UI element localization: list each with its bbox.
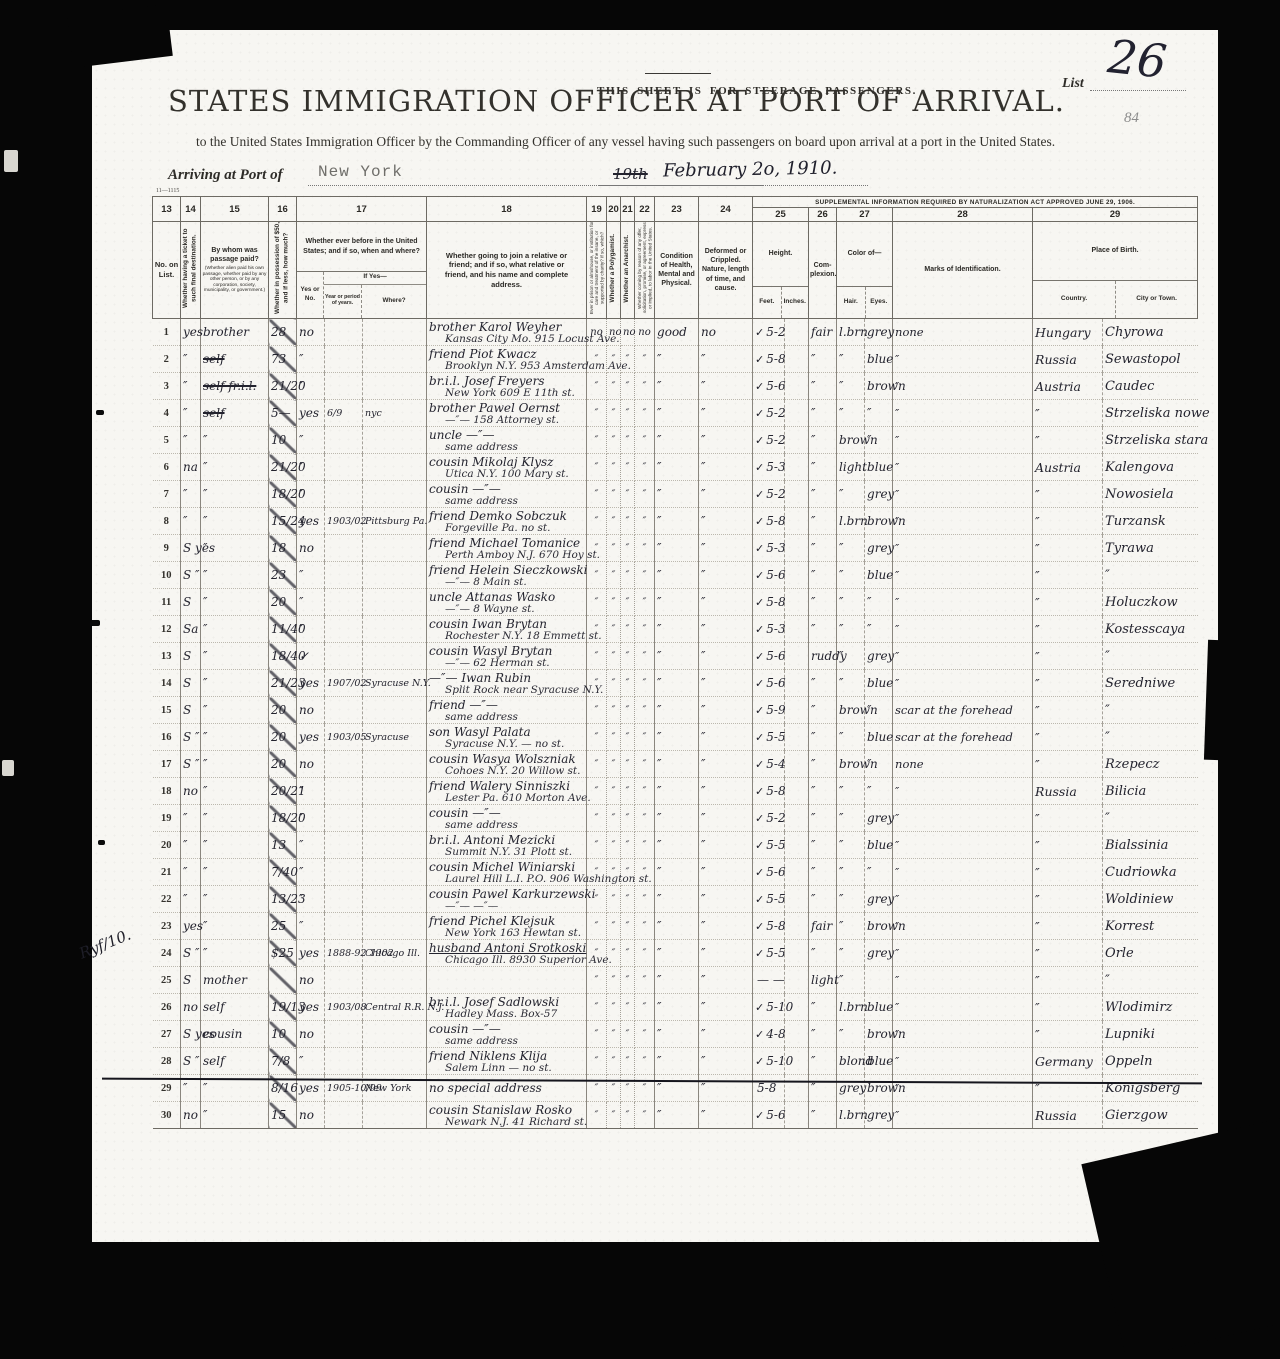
header-eyes: Eyes.	[865, 287, 893, 318]
cell-relative-friend: brother Pawel Oernst—″— 158 Attorney st.	[427, 400, 587, 427]
cell-relative-friend: cousin Wasya WolszniakCohoes N.Y. 20 Wil…	[427, 751, 587, 778]
cell-prev-year: 1903/05	[325, 724, 363, 751]
header-prev-year: Year or period of years.	[324, 285, 362, 318]
address-line: Newark N.J. 41 Richard st.	[429, 1117, 584, 1128]
cell-prison: ″	[587, 940, 607, 967]
relative-line: friend Pichel Klejsuk	[429, 915, 584, 928]
cell-country: ″	[1033, 562, 1103, 589]
cell-marks: ″	[893, 643, 1033, 670]
cell-health: ″	[655, 886, 699, 913]
table-row: 25Smotherno″″″″″″— —light″″″″	[153, 967, 1198, 994]
cell-ticket: S ″	[181, 940, 201, 967]
cell-passage-paid: brother	[201, 319, 269, 346]
check-mark: ✓	[755, 623, 764, 636]
cell-relative-friend: friend Pichel KlejsukNew York 163 Hewtan…	[427, 913, 587, 940]
cell-passage-paid: self	[201, 346, 269, 373]
cell-prev-where	[363, 481, 427, 508]
address-line: Syracuse N.Y. — no st.	[429, 739, 584, 750]
cell-health: ″	[655, 724, 699, 751]
cell-eyes: blue	[865, 454, 893, 481]
col-num-14: 14	[181, 197, 201, 222]
cell-height-inches	[785, 562, 809, 589]
cell-passage-paid: mother	[201, 967, 269, 994]
cell-deformed: ″	[699, 1021, 753, 1048]
cell-height-feet: ✓5-8	[753, 778, 785, 805]
table-row: 12Sa″11/40″cousin Iwan BrytanRochester N…	[153, 616, 1198, 643]
cell-deformed: ″	[699, 859, 753, 886]
cell-complexion: fair	[809, 319, 837, 346]
cell-marks: scar at the forehead	[893, 697, 1033, 724]
col-num-19: 19	[587, 197, 607, 222]
cell-complexion: ″	[809, 724, 837, 751]
header-labor: Whether coming by reason of any offer, s…	[635, 222, 655, 319]
cell-anarchist: ″	[621, 373, 635, 400]
cell-ticket: ″	[181, 346, 201, 373]
cell-height-inches	[785, 589, 809, 616]
cell-deformed: ″	[699, 427, 753, 454]
cell-number: 14	[153, 670, 181, 697]
cell-prev-year	[325, 427, 363, 454]
cell-prev-where	[363, 589, 427, 616]
cell-health: ″	[655, 589, 699, 616]
cell-ticket: S ″	[181, 562, 201, 589]
cell-prev-year	[325, 832, 363, 859]
cell-ticket: na	[181, 454, 201, 481]
cell-complexion: ″	[809, 562, 837, 589]
header-prev-where: Where?	[362, 285, 426, 318]
cell-hair: ″	[837, 670, 865, 697]
cell-labor: ″	[635, 778, 655, 805]
cell-country: ″	[1033, 589, 1103, 616]
cell-prev-year: 1903/02	[325, 508, 363, 535]
cell-ticket: yes	[181, 319, 201, 346]
table-row: 26noself19/13yes1903/08Central R.R. N.J.…	[153, 994, 1198, 1021]
table-row: 18no″20/21″friend Walery SinniszkiLester…	[153, 778, 1198, 805]
cell-marks: ″	[893, 994, 1033, 1021]
cell-prev-year: 1888-92 1902	[325, 940, 363, 967]
cell-prev-where	[363, 319, 427, 346]
cell-city: ″	[1103, 967, 1198, 994]
cell-labor: ″	[635, 1048, 655, 1075]
cell-marks: ″	[893, 427, 1033, 454]
cell-prev-where: nyc	[363, 400, 427, 427]
cell-prison: ″	[587, 562, 607, 589]
cell-height-inches	[785, 940, 809, 967]
cell-height-feet: ✓5-2	[753, 319, 785, 346]
cell-money: 10	[269, 427, 297, 454]
check-mark: ✓	[755, 434, 764, 447]
relative-line: —″— Iwan Rubin	[429, 672, 584, 685]
cell-number: 12	[153, 616, 181, 643]
cell-marks: ″	[893, 400, 1033, 427]
relative-line: cousin Wasyl Brytan	[429, 645, 584, 658]
cell-prev-yesno: ″	[297, 886, 325, 913]
cell-height-inches	[785, 1102, 809, 1129]
address-line: —″— —″—	[429, 901, 584, 912]
cell-deformed: ″	[699, 913, 753, 940]
cell-city: ″	[1103, 562, 1198, 589]
cell-prev-year	[325, 913, 363, 940]
header-height: Height. Feet. Inches.	[753, 222, 809, 319]
cell-labor: ″	[635, 1102, 655, 1129]
cell-eyes: ″	[865, 427, 893, 454]
col-num-25: 25	[753, 208, 809, 222]
col-num-16: 16	[269, 197, 297, 222]
cell-country: ″	[1033, 751, 1103, 778]
cell-ticket: S ″	[181, 724, 201, 751]
cell-anarchist: ″	[621, 1021, 635, 1048]
cell-prev-year	[325, 481, 363, 508]
cell-polygamist: ″	[607, 535, 621, 562]
address-line: same address	[429, 820, 584, 831]
cell-number: 30	[153, 1102, 181, 1129]
cell-passage-paid: ″	[201, 832, 269, 859]
cell-anarchist: ″	[621, 562, 635, 589]
cell-prev-where	[363, 427, 427, 454]
scan-speck	[2, 760, 14, 776]
cell-prev-where	[363, 859, 427, 886]
address-line: Cohoes N.Y. 20 Willow st.	[429, 766, 584, 777]
cell-complexion: ″	[809, 940, 837, 967]
cell-country: Russia	[1033, 778, 1103, 805]
cell-polygamist: ″	[607, 589, 621, 616]
cell-height-feet: ✓5-10	[753, 994, 785, 1021]
cell-deformed: ″	[699, 1102, 753, 1129]
cell-prev-year: 1903/08	[325, 994, 363, 1021]
cell-height-feet: ✓5-8	[753, 508, 785, 535]
cell-prev-where	[363, 805, 427, 832]
cell-height-inches	[785, 427, 809, 454]
table-row: 1yesbrother28nobrother Karol WeyherKansa…	[153, 319, 1198, 346]
cell-complexion: ″	[809, 697, 837, 724]
cell-country: Germany	[1033, 1048, 1103, 1075]
address-line: Hadley Mass. Box-57	[429, 1009, 584, 1020]
cell-complexion: ″	[809, 994, 837, 1021]
cell-ticket: ″	[181, 481, 201, 508]
table-row: 4″self5—yes6/9nycbrother Pawel Oernst—″—…	[153, 400, 1198, 427]
cell-hair: ″	[837, 373, 865, 400]
cell-passage-paid: ″	[201, 562, 269, 589]
cell-passage-paid: ″	[201, 508, 269, 535]
page-subtitle: to the United States Immigration Officer…	[196, 134, 1156, 150]
table-row: 28S ″self7/8″friend Niklens KlijaSalem L…	[153, 1048, 1198, 1075]
cell-eyes: ″	[865, 616, 893, 643]
cell-polygamist: ″	[607, 913, 621, 940]
cell-prev-year	[325, 562, 363, 589]
header-country: Country.	[1033, 281, 1115, 318]
cell-height-feet: ✓5-5	[753, 940, 785, 967]
cell-ticket: ″	[181, 400, 201, 427]
address-line: Salem Linn — no st.	[429, 1063, 584, 1074]
cell-height-inches	[785, 454, 809, 481]
header-prev-us-label: Whether ever before in the United States…	[297, 223, 426, 272]
cell-prev-year	[325, 535, 363, 562]
cell-eyes: brown	[865, 373, 893, 400]
cell-passage-paid: ″	[201, 589, 269, 616]
cell-prison: ″	[587, 589, 607, 616]
cell-labor: ″	[635, 1075, 655, 1102]
cell-city: ″	[1103, 643, 1198, 670]
cell-country: ″	[1033, 994, 1103, 1021]
cell-health: ″	[655, 400, 699, 427]
cell-country: ″	[1033, 697, 1103, 724]
cell-number: 28	[153, 1048, 181, 1075]
table-row: 3″self fr.i.l.21/20″br.i.l. Josef Freyer…	[153, 373, 1198, 400]
header-marks: Marks of Identification.	[893, 222, 1033, 319]
cell-money: 20	[269, 697, 297, 724]
cell-height-feet: ✓5-6	[753, 670, 785, 697]
cell-number: 24	[153, 940, 181, 967]
cell-complexion: ruddy	[809, 643, 837, 670]
cell-polygamist: ″	[607, 616, 621, 643]
address-line: Perth Amboy N.J. 670 Hoy st.	[429, 550, 584, 561]
cell-prison: ″	[587, 1102, 607, 1129]
cell-health: ″	[655, 508, 699, 535]
cell-prev-yesno: no	[297, 1021, 325, 1048]
cell-prev-yesno: no	[297, 535, 325, 562]
cell-hair: l.brn	[837, 994, 865, 1021]
cell-city: Seredniwe	[1103, 670, 1198, 697]
cell-height-inches	[785, 1075, 809, 1102]
cell-marks: ″	[893, 616, 1033, 643]
relative-line: cousin Iwan Brytan	[429, 618, 584, 631]
cell-deformed: ″	[699, 751, 753, 778]
cell-complexion: ″	[809, 508, 837, 535]
cell-anarchist: ″	[621, 724, 635, 751]
cell-marks: ″	[893, 940, 1033, 967]
cell-health: ″	[655, 697, 699, 724]
cell-marks: ″	[893, 886, 1033, 913]
cell-passage-paid: ″	[201, 481, 269, 508]
cell-country: Russia	[1033, 346, 1103, 373]
cell-prev-yesno: no	[297, 751, 325, 778]
cell-relative-friend: br.i.l. Josef SadlowskiHadley Mass. Box-…	[427, 994, 587, 1021]
cell-relative-friend: cousin Stanislaw RoskoNewark N.J. 41 Ric…	[427, 1102, 587, 1129]
cell-prev-yesno: yes	[297, 724, 325, 751]
cell-ticket: ″	[181, 427, 201, 454]
cell-prev-where: Central R.R. N.J.	[363, 994, 427, 1021]
cell-prison: ″	[587, 670, 607, 697]
cell-money: 7/40	[269, 859, 297, 886]
cell-passage-paid: ″	[201, 724, 269, 751]
cell-money: 15	[269, 1102, 297, 1129]
col-num-29: 29	[1033, 208, 1198, 222]
cell-prev-yesno: no	[297, 697, 325, 724]
cell-health: ″	[655, 967, 699, 994]
address-line: Forgeville Pa. no st.	[429, 523, 584, 534]
cell-eyes: grey	[865, 535, 893, 562]
cell-height-inches	[785, 832, 809, 859]
check-mark: ✓	[755, 353, 764, 366]
cell-money: 20	[269, 724, 297, 751]
header-color-of-label: Color of—	[837, 223, 892, 286]
cell-prison: no	[587, 319, 607, 346]
cell-deformed: ″	[699, 1075, 753, 1102]
cell-prev-where: Chicago Ill.	[363, 940, 427, 967]
cell-eyes: grey	[865, 481, 893, 508]
relative-line: cousin —″—	[429, 483, 584, 496]
cell-passage-paid: self	[201, 994, 269, 1021]
header-complexion: Com- plexion.	[809, 222, 837, 319]
cell-money: 10	[269, 1021, 297, 1048]
cell-city: ″	[1103, 724, 1198, 751]
cell-city: Königsberg	[1103, 1075, 1198, 1102]
cell-relative-friend: cousin —″—same address	[427, 805, 587, 832]
table-row: 14S″21/23yes1907/02Syracuse N.Y.—″— Iwan…	[153, 670, 1198, 697]
cell-marks: none	[893, 751, 1033, 778]
cell-marks: ″	[893, 670, 1033, 697]
cell-prev-yesno: ″	[297, 1048, 325, 1075]
cell-prev-year	[325, 346, 363, 373]
cell-polygamist: ″	[607, 643, 621, 670]
cell-prison: ″	[587, 724, 607, 751]
cell-deformed: no	[699, 319, 753, 346]
check-mark: ✓	[755, 596, 764, 609]
cell-anarchist: ″	[621, 751, 635, 778]
cell-prev-where	[363, 967, 427, 994]
address-line: New York 609 E 11th st.	[429, 388, 584, 399]
cell-prev-where	[363, 751, 427, 778]
cell-prev-yesno: ″	[297, 778, 325, 805]
cell-complexion: ″	[809, 1048, 837, 1075]
cell-money: 28	[269, 319, 297, 346]
relative-line: friend Piot Kwacz	[429, 348, 584, 361]
cell-city: Wlodimirz	[1103, 994, 1198, 1021]
cell-hair: ″	[837, 616, 865, 643]
cell-prev-where	[363, 697, 427, 724]
cell-health: ″	[655, 1075, 699, 1102]
header-prev-us: Whether ever before in the United States…	[297, 222, 427, 319]
date-handwritten: February 2o, 1910.	[663, 157, 838, 181]
cell-ticket: S yes	[181, 535, 201, 562]
relative-line: no special address	[429, 1082, 584, 1095]
cell-eyes: blue	[865, 724, 893, 751]
cell-anarchist: ″	[621, 508, 635, 535]
cell-hair: brown	[837, 697, 865, 724]
cell-number: 22	[153, 886, 181, 913]
cell-relative-friend: cousin Iwan BrytanRochester N.Y. 18 Emme…	[427, 616, 587, 643]
cell-city: Sewastopol	[1103, 346, 1198, 373]
cell-number: 8	[153, 508, 181, 535]
cell-labor: ″	[635, 346, 655, 373]
cell-labor: ″	[635, 400, 655, 427]
column-number-row: 13 14 15 16 17 18 19 20 21 22 23 24 SUPP…	[153, 197, 1198, 208]
relative-line: cousin —″—	[429, 1023, 584, 1036]
cell-ticket: S	[181, 697, 201, 724]
cell-country: Russia	[1033, 1102, 1103, 1129]
cell-labor: ″	[635, 508, 655, 535]
cell-deformed: ″	[699, 805, 753, 832]
cell-height-inches	[785, 1021, 809, 1048]
cell-number: 23	[153, 913, 181, 940]
table-row: 6na″21/20″cousin Mikolaj KlyszUtica N.Y.…	[153, 454, 1198, 481]
cell-height-feet: ✓5-5	[753, 832, 785, 859]
cell-eyes: blue	[865, 346, 893, 373]
cell-prev-where: Syracuse	[363, 724, 427, 751]
relative-line: uncle —″—	[429, 429, 584, 442]
cell-prison: ″	[587, 913, 607, 940]
cell-labor: ″	[635, 535, 655, 562]
cell-height-inches	[785, 481, 809, 508]
header-ticket: Whether having a ticket to such final de…	[181, 222, 201, 319]
cell-prison: ″	[587, 832, 607, 859]
cell-anarchist: no	[621, 319, 635, 346]
cell-prev-yesno: yes	[297, 940, 325, 967]
cell-prison: ″	[587, 508, 607, 535]
cell-prison: ″	[587, 751, 607, 778]
table-row: 7″″18/20″cousin —″—same address″″″″″″✓5-…	[153, 481, 1198, 508]
cell-city: Bialssinia	[1103, 832, 1198, 859]
cell-passage-paid: self fr.i.l.	[201, 373, 269, 400]
cell-polygamist: ″	[607, 967, 621, 994]
cell-health: good	[655, 319, 699, 346]
cell-labor: ″	[635, 616, 655, 643]
cell-marks: ″	[893, 1021, 1033, 1048]
cell-hair: l.brn	[837, 319, 865, 346]
address-line: Brooklyn N.Y. 953 Amsterdam Ave.	[429, 361, 584, 372]
cell-money: 20	[269, 751, 297, 778]
cell-money: 20	[269, 589, 297, 616]
cell-labor: ″	[635, 994, 655, 1021]
table-row: 27S yescousin10nocousin —″—same address″…	[153, 1021, 1198, 1048]
cell-number: 21	[153, 859, 181, 886]
cell-passage-paid: self	[201, 400, 269, 427]
margin-scribble: Ryf/10.	[77, 926, 134, 963]
check-mark: ✓	[755, 650, 764, 663]
cell-health: ″	[655, 643, 699, 670]
cell-ticket: S	[181, 589, 201, 616]
cell-complexion: ″	[809, 670, 837, 697]
cell-deformed: ″	[699, 778, 753, 805]
cell-height-feet: — —	[753, 967, 785, 994]
col-num-17: 17	[297, 197, 427, 222]
cell-prev-year	[325, 697, 363, 724]
check-mark: ✓	[755, 839, 764, 852]
cell-eyes: brown	[865, 1075, 893, 1102]
header-birthplace: Place of Birth. Country. City or Town.	[1033, 222, 1198, 319]
cell-height-feet: ✓5-5	[753, 724, 785, 751]
header-prev-yesno: Yes or No.	[297, 272, 324, 318]
cell-anarchist: ″	[621, 454, 635, 481]
cell-anarchist: ″	[621, 400, 635, 427]
table-row: 10S ″″23″friend Helein Sieczkowski—″— 8 …	[153, 562, 1198, 589]
cell-prev-where	[363, 1102, 427, 1129]
cell-eyes: brown	[865, 508, 893, 535]
header-passage-paid-fine: (Whether alien paid his own passage, whe…	[202, 266, 267, 294]
cell-relative-friend: cousin Michel WiniarskiLaurel Hill L.I. …	[427, 859, 587, 886]
relative-line: friend Niklens Klija	[429, 1050, 584, 1063]
cell-eyes: ″	[865, 589, 893, 616]
cell-hair: ″	[837, 913, 865, 940]
cell-polygamist: ″	[607, 751, 621, 778]
cell-anarchist: ″	[621, 481, 635, 508]
cell-prison: ″	[587, 697, 607, 724]
cell-country: ″	[1033, 940, 1103, 967]
cell-money: 7/8	[269, 1048, 297, 1075]
cell-prison: ″	[587, 346, 607, 373]
cell-complexion: ″	[809, 427, 837, 454]
cell-hair: blond	[837, 1048, 865, 1075]
cell-eyes: blue	[865, 670, 893, 697]
cell-marks: scar at the forehead	[893, 724, 1033, 751]
cell-labor: ″	[635, 697, 655, 724]
table-row: 16S ″″20yes1903/05Syracuseson Wasyl Pala…	[153, 724, 1198, 751]
cell-country: ″	[1033, 1075, 1103, 1102]
date-struck-scrawl: 19th	[613, 165, 648, 183]
cell-anarchist: ″	[621, 427, 635, 454]
check-mark: ✓	[755, 920, 764, 933]
cell-complexion: ″	[809, 535, 837, 562]
